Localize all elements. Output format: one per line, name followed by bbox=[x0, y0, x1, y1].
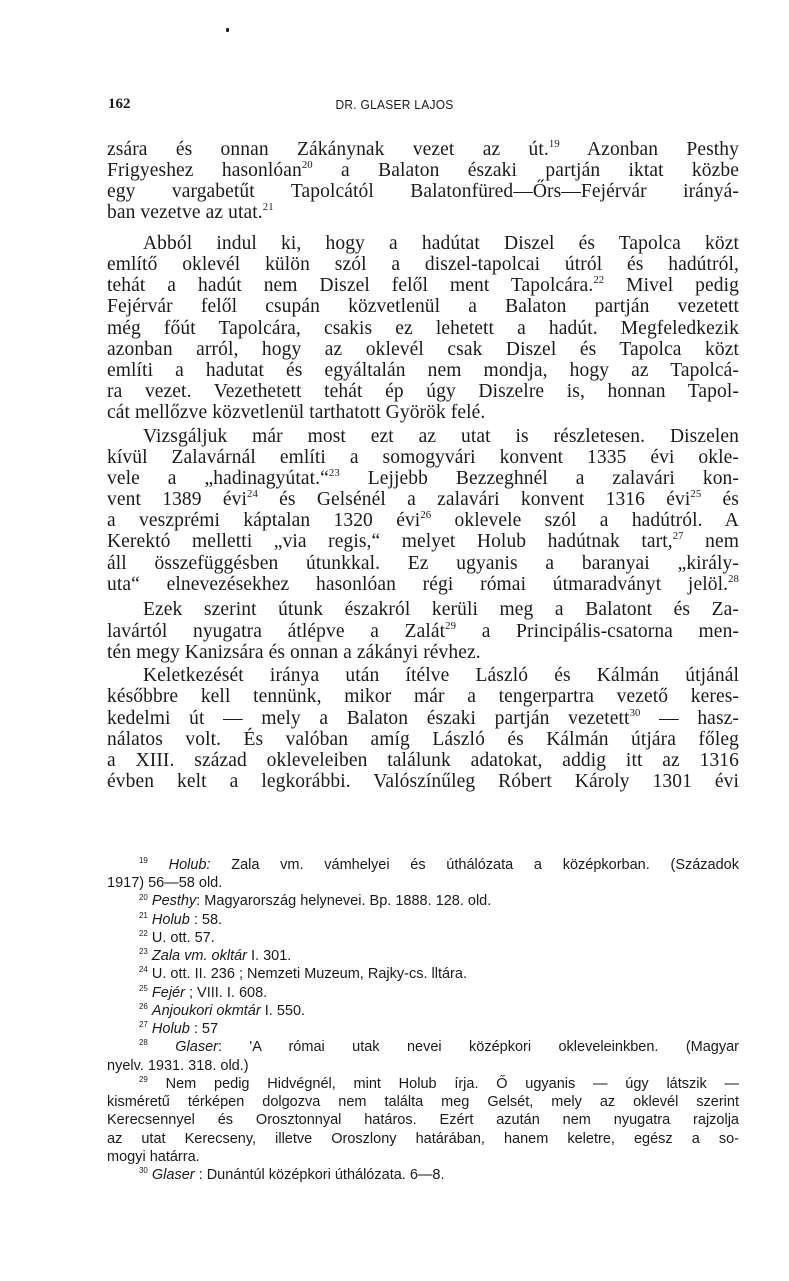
footnote-line: 27 Holub : 57 bbox=[139, 1022, 739, 1037]
text-line: a XIII. század okleveleiben találunk ada… bbox=[107, 751, 739, 771]
text-line: nálatos volt. És valóban amíg László és … bbox=[107, 730, 739, 750]
text-line: zsára és onnan Zákánynak vezet az út.19 … bbox=[107, 140, 739, 160]
text-line: azonban arról, hogy az oklevél csak Disz… bbox=[107, 340, 739, 360]
text-line: Fejérvár felől csupán közvetlenül a Bala… bbox=[107, 297, 739, 317]
text-line: Ezek szerint útunk északról kerüli meg a… bbox=[143, 600, 739, 620]
footnote-line: 1917) 56—58 old. bbox=[107, 876, 739, 891]
text-line: Frigyeshez hasonlóan20 a Balaton északi … bbox=[107, 161, 739, 181]
text-line: kedelmi út — mely a Balaton északi partj… bbox=[107, 709, 739, 729]
text-line: ra vezet. Vezethetett tehát ép úgy Disze… bbox=[107, 382, 739, 402]
footnote-line: 23 Zala vm. okltár I. 301. bbox=[139, 949, 739, 964]
text-line: tehát a hadút nem Diszel felől ment Tapo… bbox=[107, 276, 739, 296]
text-line: uta“ elnevezésekhez hasonlóan régi római… bbox=[107, 575, 739, 595]
footnote-line: 22 U. ott. 57. bbox=[139, 931, 739, 946]
text-line: még főút Tapolcára, csakis ez lehetett a… bbox=[107, 319, 739, 339]
text-line: tén megy Kanizsára és onnan a zákányi ré… bbox=[107, 643, 739, 663]
text-line: későbbre kell tennünk, mikor már a tenge… bbox=[107, 687, 739, 707]
footnote-line: 21 Holub : 58. bbox=[139, 913, 739, 928]
text-line: vent 1389 évi24 és Gelsénél a zalavári k… bbox=[107, 490, 739, 510]
footnote-line: kisméretű térképen dolgozva nem találta … bbox=[107, 1095, 739, 1110]
text-line: vele a „hadinagyútat.“23 Lejjebb Bezzegh… bbox=[107, 469, 739, 489]
text-line: egy vargabetűt Tapolcától Balatonfüred—Ő… bbox=[107, 182, 739, 202]
text-line: évben kelt a legkorábbi. Valószínűleg Ró… bbox=[107, 772, 739, 792]
footnote-line: 25 Fejér ; VIII. I. 608. bbox=[139, 986, 739, 1001]
footnote-line: 26 Anjoukori okmtár I. 550. bbox=[139, 1004, 739, 1019]
footnote-line: 30 Glaser : Dunántúl középkori úthálózat… bbox=[139, 1168, 739, 1183]
text-line: lavártól nyugatra átlépve a Zalát29 a Pr… bbox=[107, 622, 739, 642]
footnote-line: 19 Holub: Zala vm. vámhelyei és úthálóza… bbox=[139, 858, 739, 873]
footnote-line: 28 Glaser: 'A római utak nevei középkori… bbox=[139, 1040, 739, 1055]
text-line: a veszprémi káptalan 1320 évi26 oklevele… bbox=[107, 511, 739, 531]
text-line: említi a hadutat és egyáltalán nem mondj… bbox=[107, 361, 739, 381]
text-line: Keletkezését iránya után ítélve László é… bbox=[143, 666, 739, 686]
text-line: Kerektó melletti „via regis,“ melyet Hol… bbox=[107, 532, 739, 552]
footnote-line: 29 Nem pedig Hidvégnél, mint Holub írja.… bbox=[139, 1077, 739, 1092]
text-line: cát mellőzve közvetlenül tarthatott Györ… bbox=[107, 403, 739, 423]
footnote-line: mogyi határra. bbox=[107, 1150, 739, 1165]
text-line: ban vezetve az utat.21 bbox=[107, 203, 739, 223]
footnote-line: az utat Kerecseny, illetve Oroszlony hat… bbox=[107, 1132, 739, 1147]
footnote-line: 20 Pesthy: Magyarország helynevei. Bp. 1… bbox=[139, 894, 739, 909]
print-speck bbox=[226, 28, 229, 32]
text-line: Vizsgáljuk már most ezt az utat is részl… bbox=[143, 427, 739, 447]
footnote-line: nyelv. 1931. 318. old.) bbox=[107, 1059, 739, 1074]
text-line: áll összefüggésben útunkkal. Ez ugyanis … bbox=[107, 554, 739, 574]
footnote-line: 24 U. ott. II. 236 ; Nemzeti Muzeum, Raj… bbox=[139, 967, 739, 982]
running-head: DR. GLASER LAJOS bbox=[32, 97, 758, 112]
text-line: Abból indul ki, hogy a hadútat Diszel és… bbox=[143, 234, 739, 254]
text-line: említő oklevél külön szól a diszel-tapol… bbox=[107, 255, 739, 275]
text-line: kívül Zalavárnál említi a somogyvári kon… bbox=[107, 448, 739, 468]
footnote-line: Kerecsennyel és Orosztonnyal határos. Ez… bbox=[107, 1113, 739, 1128]
